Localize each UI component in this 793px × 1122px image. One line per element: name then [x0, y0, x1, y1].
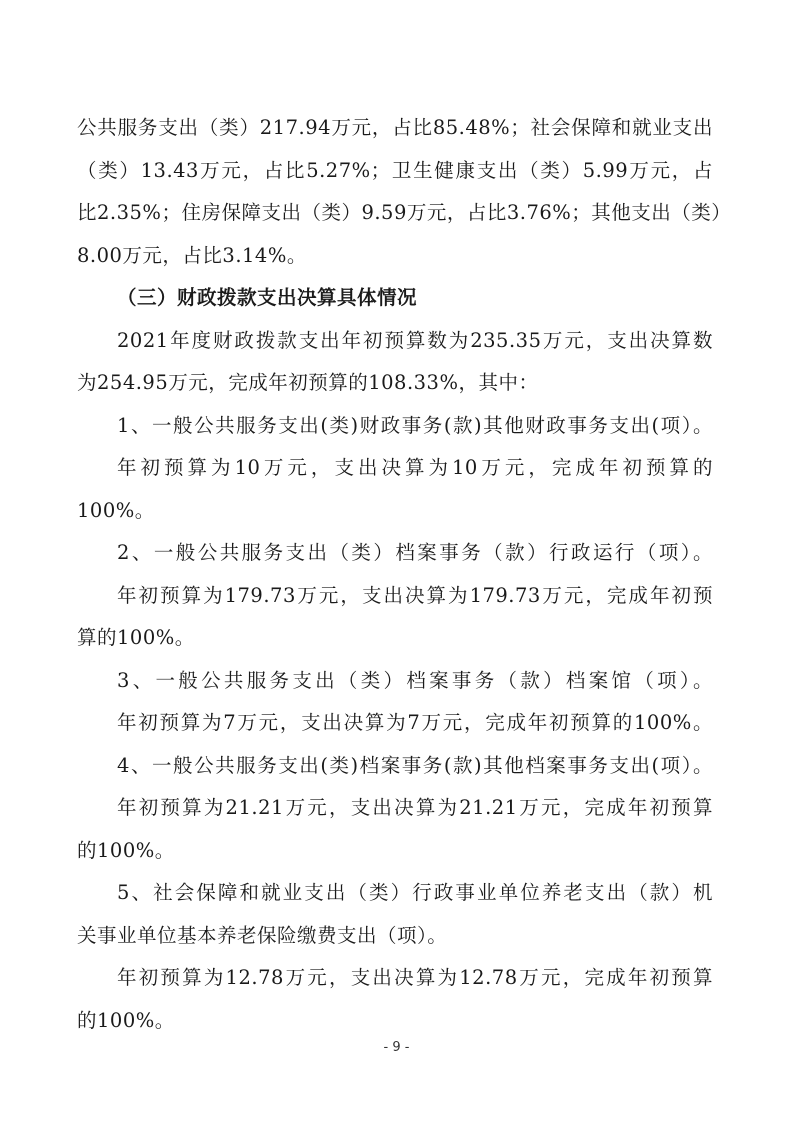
- list-item-title: 1、一般公共服务支出(类)财政事务(款)其他财政事务支出(项）。: [117, 411, 713, 441]
- paragraph-line: （类）13.43万元，占比5.27%；卫生健康支出（类）5.99万元，占: [77, 156, 713, 186]
- paragraph-line: 算的100%。: [77, 623, 713, 653]
- paragraph-line: 为254.95万元，完成年初预算的108.33%，其中：: [77, 368, 713, 398]
- paragraph-line: 比2.35%；住房保障支出（类）9.59万元，占比3.76%；其他支出（类）: [77, 198, 713, 228]
- paragraph-line: 年初预算为21.21万元，支出决算为21.21万元，完成年初预算: [117, 793, 713, 823]
- document-page: 公共服务支出（类）217.94万元，占比85.48%；社会保障和就业支出 （类）…: [0, 0, 793, 1122]
- page-number: - 9 -: [0, 1040, 793, 1055]
- paragraph-line: 公共服务支出（类）217.94万元，占比85.48%；社会保障和就业支出: [77, 113, 713, 143]
- list-item-title: 5、社会保障和就业支出（类）行政事业单位养老支出（款）机: [117, 878, 713, 908]
- section-heading: （三）财政拨款支出决算具体情况: [117, 283, 417, 313]
- list-item-title: 关事业单位基本养老保险缴费支出（项）。: [77, 921, 713, 951]
- list-item-title: 4、一般公共服务支出(类)档案事务(款)其他档案事务支出(项）。: [117, 751, 713, 781]
- paragraph-line: 的100%。: [77, 836, 713, 866]
- list-item-title: 2、一般公共服务支出（类）档案事务（款）行政运行（项）。: [117, 538, 713, 568]
- paragraph-line: 年初预算为179.73万元，支出决算为179.73万元，完成年初预: [117, 581, 713, 611]
- paragraph-line: 100%。: [77, 496, 713, 526]
- paragraph-line: 8.00万元，占比3.14%。: [77, 241, 713, 271]
- paragraph-line: 的100%。: [77, 1006, 713, 1036]
- paragraph-line: 年初预算为12.78万元，支出决算为12.78万元，完成年初预算: [117, 963, 713, 993]
- paragraph-line: 年初预算为10万元，支出决算为10万元，完成年初预算的: [117, 453, 713, 483]
- paragraph-line: 年初预算为7万元，支出决算为7万元，完成年初预算的100%。: [117, 708, 713, 738]
- list-item-title: 3、一般公共服务支出（类）档案事务（款）档案馆（项）。: [117, 666, 713, 696]
- paragraph-line: 2021年度财政拨款支出年初预算数为235.35万元，支出决算数: [117, 326, 713, 356]
